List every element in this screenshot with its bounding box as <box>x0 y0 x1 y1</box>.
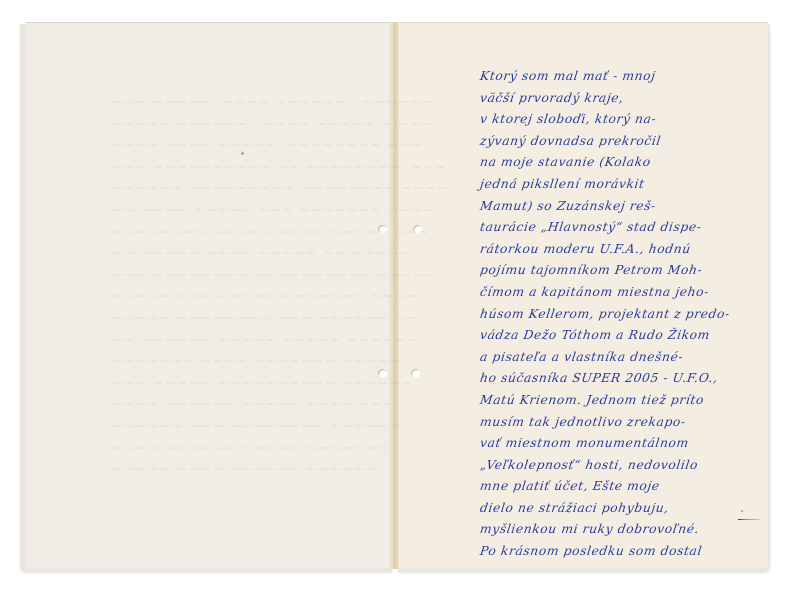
handwritten-line: vať miestnom monumentálnom <box>478 433 751 455</box>
handwritten-line: Ktorý som mal mať - mnoj <box>478 66 751 88</box>
handwritten-line: mne platiť účet, Ešte moje <box>478 476 751 498</box>
handwritten-line: čímom a kapitánom miestna jeho- <box>478 282 751 304</box>
handwritten-line: zývaný dovnadsa prekročil <box>478 131 751 153</box>
left-page-bleed-through: ~~~ ~~~~~ ~~~~ ~~~~~~ ~~~~~~ ~~~~~ ~~~~~… <box>112 92 352 481</box>
handwritten-line: väčší prvoradý kraje, <box>478 88 751 110</box>
handwritten-line: ho súčasníka SUPER 2005 - U.F.O., <box>478 368 751 390</box>
handwritten-line: a pisateľa a vlastníka dnešné- <box>478 347 751 369</box>
handwritten-line: dielo ne strážiaci pohybuju, <box>478 498 751 520</box>
handwritten-line: Matú Krienom. Jednom tiež príto <box>478 390 751 412</box>
handwritten-line: rátorkou moderu U.F.A., hodnú <box>478 239 751 261</box>
handwritten-line: jedná piksllení morávkit <box>478 174 751 196</box>
handwritten-line: Mamut) so Zuzánskej reš- <box>478 196 751 218</box>
pencil-mark <box>738 519 760 520</box>
handwritten-line: v ktorej sloboďi, ktorý na- <box>478 109 751 131</box>
handwritten-line: myšlienkou mi ruky dobrovoľné. <box>478 519 751 541</box>
handwritten-text: Ktorý som mal mať - mnoj väčší prvoradý … <box>480 66 750 563</box>
handwritten-line: Po krásnom posledku som dostal <box>478 541 751 563</box>
handwritten-line: „Veľkolepnosť“ hosti, nedovolilo <box>478 455 751 477</box>
paper-speck <box>241 152 244 155</box>
handwritten-line: na moje stavanie (Kolako <box>478 152 751 174</box>
notebook-photo: ~~~ ~~~~~ ~~~~ ~~~~~~ ~~~~~~ ~~~~~ ~~~~~… <box>0 0 800 593</box>
handwritten-line: pojímu tajomníkom Petrom Moh- <box>478 260 751 282</box>
handwritten-line: vádza Dežo Tóthom a Rudo Žikom <box>478 325 751 347</box>
handwritten-line: húsom Kellerom, projektant z predo- <box>478 304 751 326</box>
handwritten-line: taurácie „Hlavnostý“ stad dispe- <box>478 217 751 239</box>
handwritten-line: musím tak jednotlivo zrekapo- <box>478 412 751 434</box>
paper-speck <box>741 510 743 512</box>
